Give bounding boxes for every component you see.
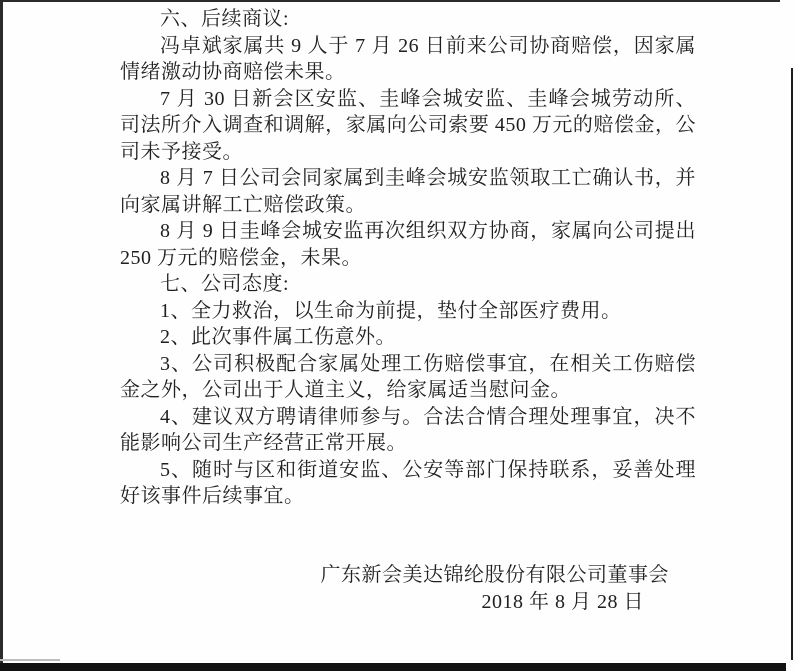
scan-edge-bottom-faint (0, 659, 60, 661)
scan-edge-bottom (0, 663, 786, 671)
signature-company: 广东新会美达锦纶股份有限公司董事会 (120, 562, 696, 589)
scanned-document-page: 六、后续商议: 冯卓斌家属共 9 人于 7 月 26 日前来公司协商赔偿，因家属… (0, 0, 796, 671)
paragraph: 8 月 9 日圭峰会城安监再次组织双方协商，家属向公司提出 250 万元的赔偿金… (120, 218, 696, 271)
scan-edge-left (0, 0, 3, 664)
scan-edge-top (0, 0, 780, 2)
signature-block: 广东新会美达锦纶股份有限公司董事会 2018 年 8 月 28 日 (120, 562, 696, 616)
list-item: 3、公司积极配合家属处理工伤赔偿事宜，在相关工伤赔偿金之外，公司出于人道主义，给… (120, 351, 696, 404)
list-item: 1、全力救治，以生命为前提，垫付全部医疗费用。 (120, 298, 696, 325)
section-heading-seven: 七、公司态度: (120, 271, 696, 298)
paragraph: 8 月 7 日公司会同家属到圭峰会城安监领取工亡确认书，并向家属讲解工亡赔偿政策… (120, 165, 696, 218)
document-body: 六、后续商议: 冯卓斌家属共 9 人于 7 月 26 日前来公司协商赔偿，因家属… (120, 6, 696, 510)
paragraph: 7 月 30 日新会区安监、圭峰会城安监、圭峰会城劳动所、司法所介入调查和调解，… (120, 86, 696, 166)
paragraph: 冯卓斌家属共 9 人于 7 月 26 日前来公司协商赔偿，因家属情绪激动协商赔偿… (120, 33, 696, 86)
list-item: 5、随时与区和街道安监、公安等部门保持联系，妥善处理好该事件后续事宜。 (120, 457, 696, 510)
section-heading-six: 六、后续商议: (120, 6, 696, 33)
list-item: 4、建议双方聘请律师参与。合法合情合理处理事宜，决不能影响公司生产经营正常开展。 (120, 404, 696, 457)
scan-edge-right (791, 68, 793, 660)
list-item: 2、此次事件属工伤意外。 (120, 324, 696, 351)
signature-date: 2018 年 8 月 28 日 (120, 589, 696, 616)
